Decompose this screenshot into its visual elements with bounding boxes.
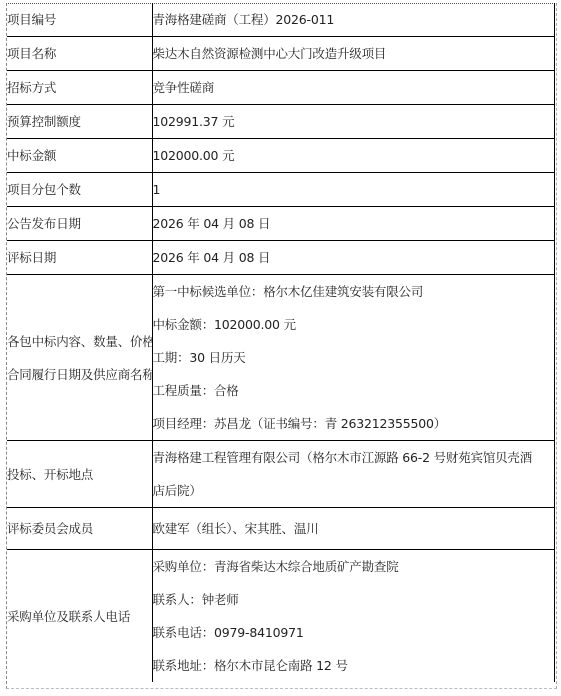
value-project-number: 青海格建磋商（工程）2026-011 xyxy=(152,3,554,37)
label-package-details-line-1: 各包中标内容、数量、价格、 xyxy=(7,325,152,358)
contact-address: 联系地址：格尔木市昆仑南路 12 号 xyxy=(153,649,554,682)
value-budget: 102991.37 元 xyxy=(152,105,554,139)
bid-location-line-2: 店后院） xyxy=(153,474,554,507)
bid-location-line-1: 青海格建工程管理有限公司（格尔木市江源路 66-2 号财苑宾馆贝壳酒 xyxy=(153,441,554,474)
table-row-budget: 预算控制额度 102991.37 元 xyxy=(7,105,554,139)
value-bid-location: 青海格建工程管理有限公司（格尔木市江源路 66-2 号财苑宾馆贝壳酒 店后院） xyxy=(152,441,554,508)
value-purchaser: 采购单位：青海省柴达木综合地质矿产勘查院 联系人：钟老师 联系电话：0979-8… xyxy=(152,550,554,683)
label-evaluation-date: 评标日期 xyxy=(7,241,152,275)
table-row-package-details: 各包中标内容、数量、价格、 合同履行日期及供应商名称 第一中标候选单位：格尔木亿… xyxy=(7,275,554,441)
label-package-count: 项目分包个数 xyxy=(7,173,152,207)
label-project-name: 项目名称 xyxy=(7,37,152,71)
purchaser-unit: 采购单位：青海省柴达木综合地质矿产勘查院 xyxy=(153,550,554,583)
table-row-purchaser: 采购单位及联系人电话 采购单位：青海省柴达木综合地质矿产勘查院 联系人：钟老师 … xyxy=(7,550,554,683)
label-committee: 评标委员会成员 xyxy=(7,508,152,550)
value-publish-date: 2026 年 04 月 08 日 xyxy=(152,207,554,241)
value-evaluation-date: 2026 年 04 月 08 日 xyxy=(152,241,554,275)
project-manager: 项目经理：苏昌龙（证书编号：青 263212355500） xyxy=(153,407,554,440)
label-winning-amount: 中标金额 xyxy=(7,139,152,173)
label-tender-method: 招标方式 xyxy=(7,71,152,105)
contact-phone: 联系电话：0979-8410971 xyxy=(153,616,554,649)
winning-candidate: 第一中标候选单位：格尔木亿佳建筑安装有限公司 xyxy=(153,275,554,308)
label-package-details: 各包中标内容、数量、价格、 合同履行日期及供应商名称 xyxy=(7,275,152,441)
label-publish-date: 公告发布日期 xyxy=(7,207,152,241)
value-package-count: 1 xyxy=(152,173,554,207)
value-winning-amount: 102000.00 元 xyxy=(152,139,554,173)
construction-quality: 工程质量：合格 xyxy=(153,374,554,407)
table-row-tender-method: 招标方式 竞争性磋商 xyxy=(7,71,554,105)
contact-person: 联系人：钟老师 xyxy=(153,583,554,616)
table-row-package-count: 项目分包个数 1 xyxy=(7,173,554,207)
construction-period: 工期：30 日历天 xyxy=(153,341,554,374)
package-winning-amount: 中标金额：102000.00 元 xyxy=(153,308,554,341)
label-project-number: 项目编号 xyxy=(7,3,152,37)
value-project-name: 柴达木自然资源检测中心大门改造升级项目 xyxy=(152,37,554,71)
table-row-winning-amount: 中标金额 102000.00 元 xyxy=(7,139,554,173)
table-row-evaluation-date: 评标日期 2026 年 04 月 08 日 xyxy=(7,241,554,275)
value-package-details: 第一中标候选单位：格尔木亿佳建筑安装有限公司 中标金额：102000.00 元 … xyxy=(152,275,554,441)
table-row-bid-location: 投标、开标地点 青海格建工程管理有限公司（格尔木市江源路 66-2 号财苑宾馆贝… xyxy=(7,441,554,508)
label-budget: 预算控制额度 xyxy=(7,105,152,139)
table-row-committee: 评标委员会成员 欧建军（组长）、宋其胜、温川 xyxy=(7,508,554,550)
value-committee: 欧建军（组长）、宋其胜、温川 xyxy=(152,508,554,550)
label-bid-location: 投标、开标地点 xyxy=(7,441,152,508)
bid-result-table: 项目编号 青海格建磋商（工程）2026-011 项目名称 柴达木自然资源检测中心… xyxy=(7,3,555,682)
table-row-publish-date: 公告发布日期 2026 年 04 月 08 日 xyxy=(7,207,554,241)
value-tender-method: 竞争性磋商 xyxy=(152,71,554,105)
label-purchaser: 采购单位及联系人电话 xyxy=(7,550,152,683)
label-package-details-line-2: 合同履行日期及供应商名称 xyxy=(7,358,152,391)
table-row-project-number: 项目编号 青海格建磋商（工程）2026-011 xyxy=(7,3,554,37)
table-row-project-name: 项目名称 柴达木自然资源检测中心大门改造升级项目 xyxy=(7,37,554,71)
